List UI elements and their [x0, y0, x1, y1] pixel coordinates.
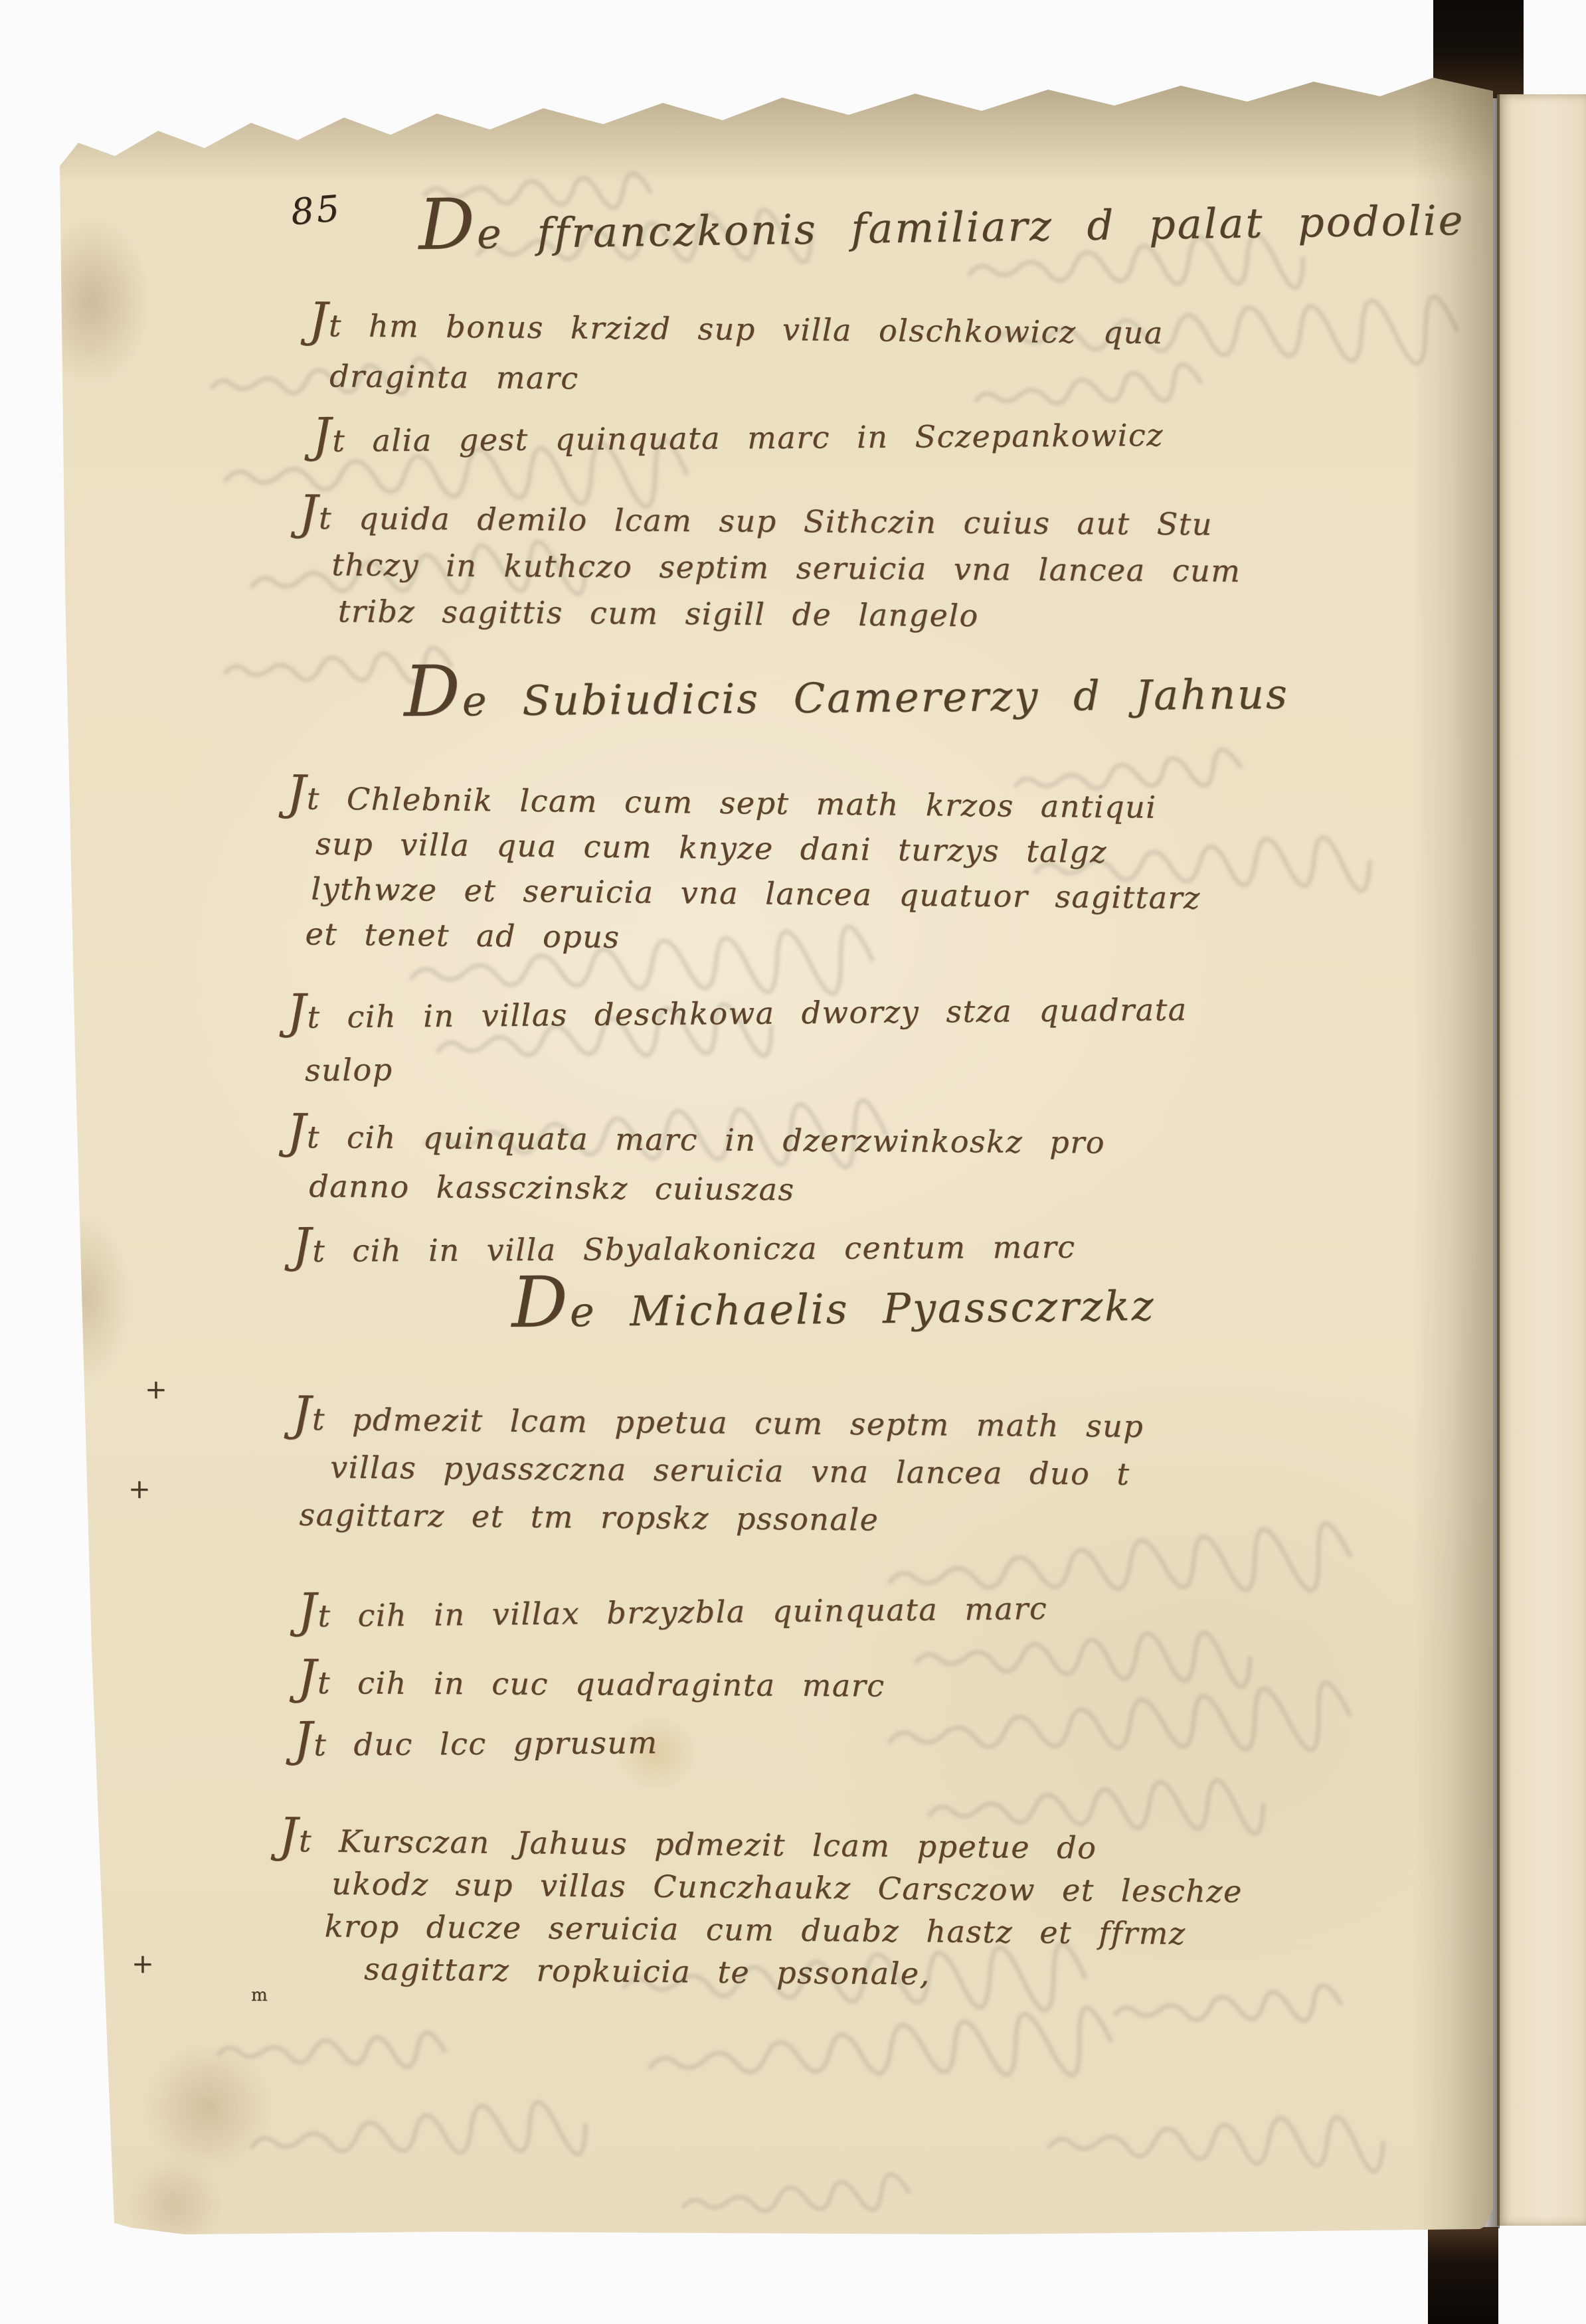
section-heading-3: De Michaelis Pyassczrzkz	[511, 1282, 1156, 1337]
text-line: Jt cih in cuc quadraginta marc	[298, 1665, 885, 1704]
text-line: villas pyasszczna seruicia vna lancea du…	[330, 1450, 1144, 1493]
text-line: Jt Kursczan Jahuus pdmezit lcam ppetue d…	[279, 1823, 1243, 1867]
text-line: thczy in kuthczo septim seruicia vna lan…	[331, 546, 1241, 589]
text-line: Jt cih in villas deschkowa dworzy stza q…	[287, 991, 1188, 1035]
text-line: Jt duc lcc gprusum	[294, 1724, 658, 1763]
entry: Jt cih in villas deschkowa dworzy stza q…	[287, 991, 1188, 1088]
section-heading-2: De Subiudicis Camererzy d Jahnus	[404, 669, 1289, 726]
entry: Jt cih in cuc quadraginta marc	[298, 1665, 885, 1704]
text-line: Jt alia gest quinquata marc in Sczepanko…	[312, 417, 1164, 459]
text-line: sup villa qua cum knyze dani turzys talg…	[315, 825, 1201, 871]
text-line: sagittarz ropkuicia te pssonale,	[364, 1951, 1242, 1995]
entry: Jt alia gest quinquata marc in Sczepanko…	[312, 417, 1164, 459]
facing-page-edge	[1497, 94, 1586, 2226]
text-line: krop ducze seruicia cum duabz hastz et f…	[324, 1908, 1242, 1952]
text-line: draginta marc	[329, 358, 1163, 401]
entry: Jt quida demilo lcam sup Sithczin cuius …	[298, 500, 1241, 635]
text-line: Jt cih in villa Sbyalakonicza centum mar…	[292, 1229, 1076, 1269]
text-line: tribz sagittis cum sigill de langelo	[338, 593, 1241, 635]
text-line: Jt cih quinquata marc in dzerzwinkoskz p…	[287, 1119, 1105, 1161]
entry: Jt cih in villa Sbyalakonicza centum mar…	[292, 1229, 1076, 1269]
manuscript-scan: 85 De ffranczkonis familiarz d palat pod…	[0, 0, 1586, 2324]
folio-number: 85	[289, 187, 343, 233]
margin-cross-mark: +	[132, 1949, 154, 1979]
entry: Jt hm bonus krzizd sup villa olschkowicz…	[308, 307, 1164, 401]
text-line: ukodz sup villas Cunczhaukz Carsczow et …	[331, 1866, 1243, 1910]
entry: Jt Chlebnik lcam cum sept math krzos ant…	[285, 780, 1201, 961]
margin-cross-mark: +	[128, 1474, 151, 1505]
manuscript-page: 85 De ffranczkonis familiarz d palat pod…	[52, 56, 1493, 2234]
entry: Jt duc lcc gprusum	[294, 1724, 658, 1763]
text-line: lythwze et seruicia vna lancea quatuor s…	[311, 871, 1201, 916]
text-line: danno kassczinskz cuiuszas	[309, 1168, 1104, 1209]
text-line: sagittarz et tm ropskz pssonale	[299, 1497, 1143, 1540]
text-line: Jt pdmezit lcam ppetua cum septm math su…	[292, 1401, 1144, 1444]
text-line: Jt quida demilo lcam sup Sithczin cuius …	[299, 500, 1241, 542]
entry: Jt Kursczan Jahuus pdmezit lcam ppetue d…	[278, 1823, 1243, 1995]
entry: Jt pdmezit lcam ppetua cum septm math su…	[291, 1401, 1144, 1540]
text-line: Jt hm bonus krzizd sup villa olschkowicz…	[309, 307, 1164, 351]
margin-cross-mark: +	[145, 1374, 167, 1405]
book-binding-edge-bottom	[1428, 2227, 1498, 2324]
entry: Jt cih quinquata marc in dzerzwinkoskz p…	[286, 1119, 1105, 1210]
margin-pen-mark: m	[251, 1985, 268, 2005]
